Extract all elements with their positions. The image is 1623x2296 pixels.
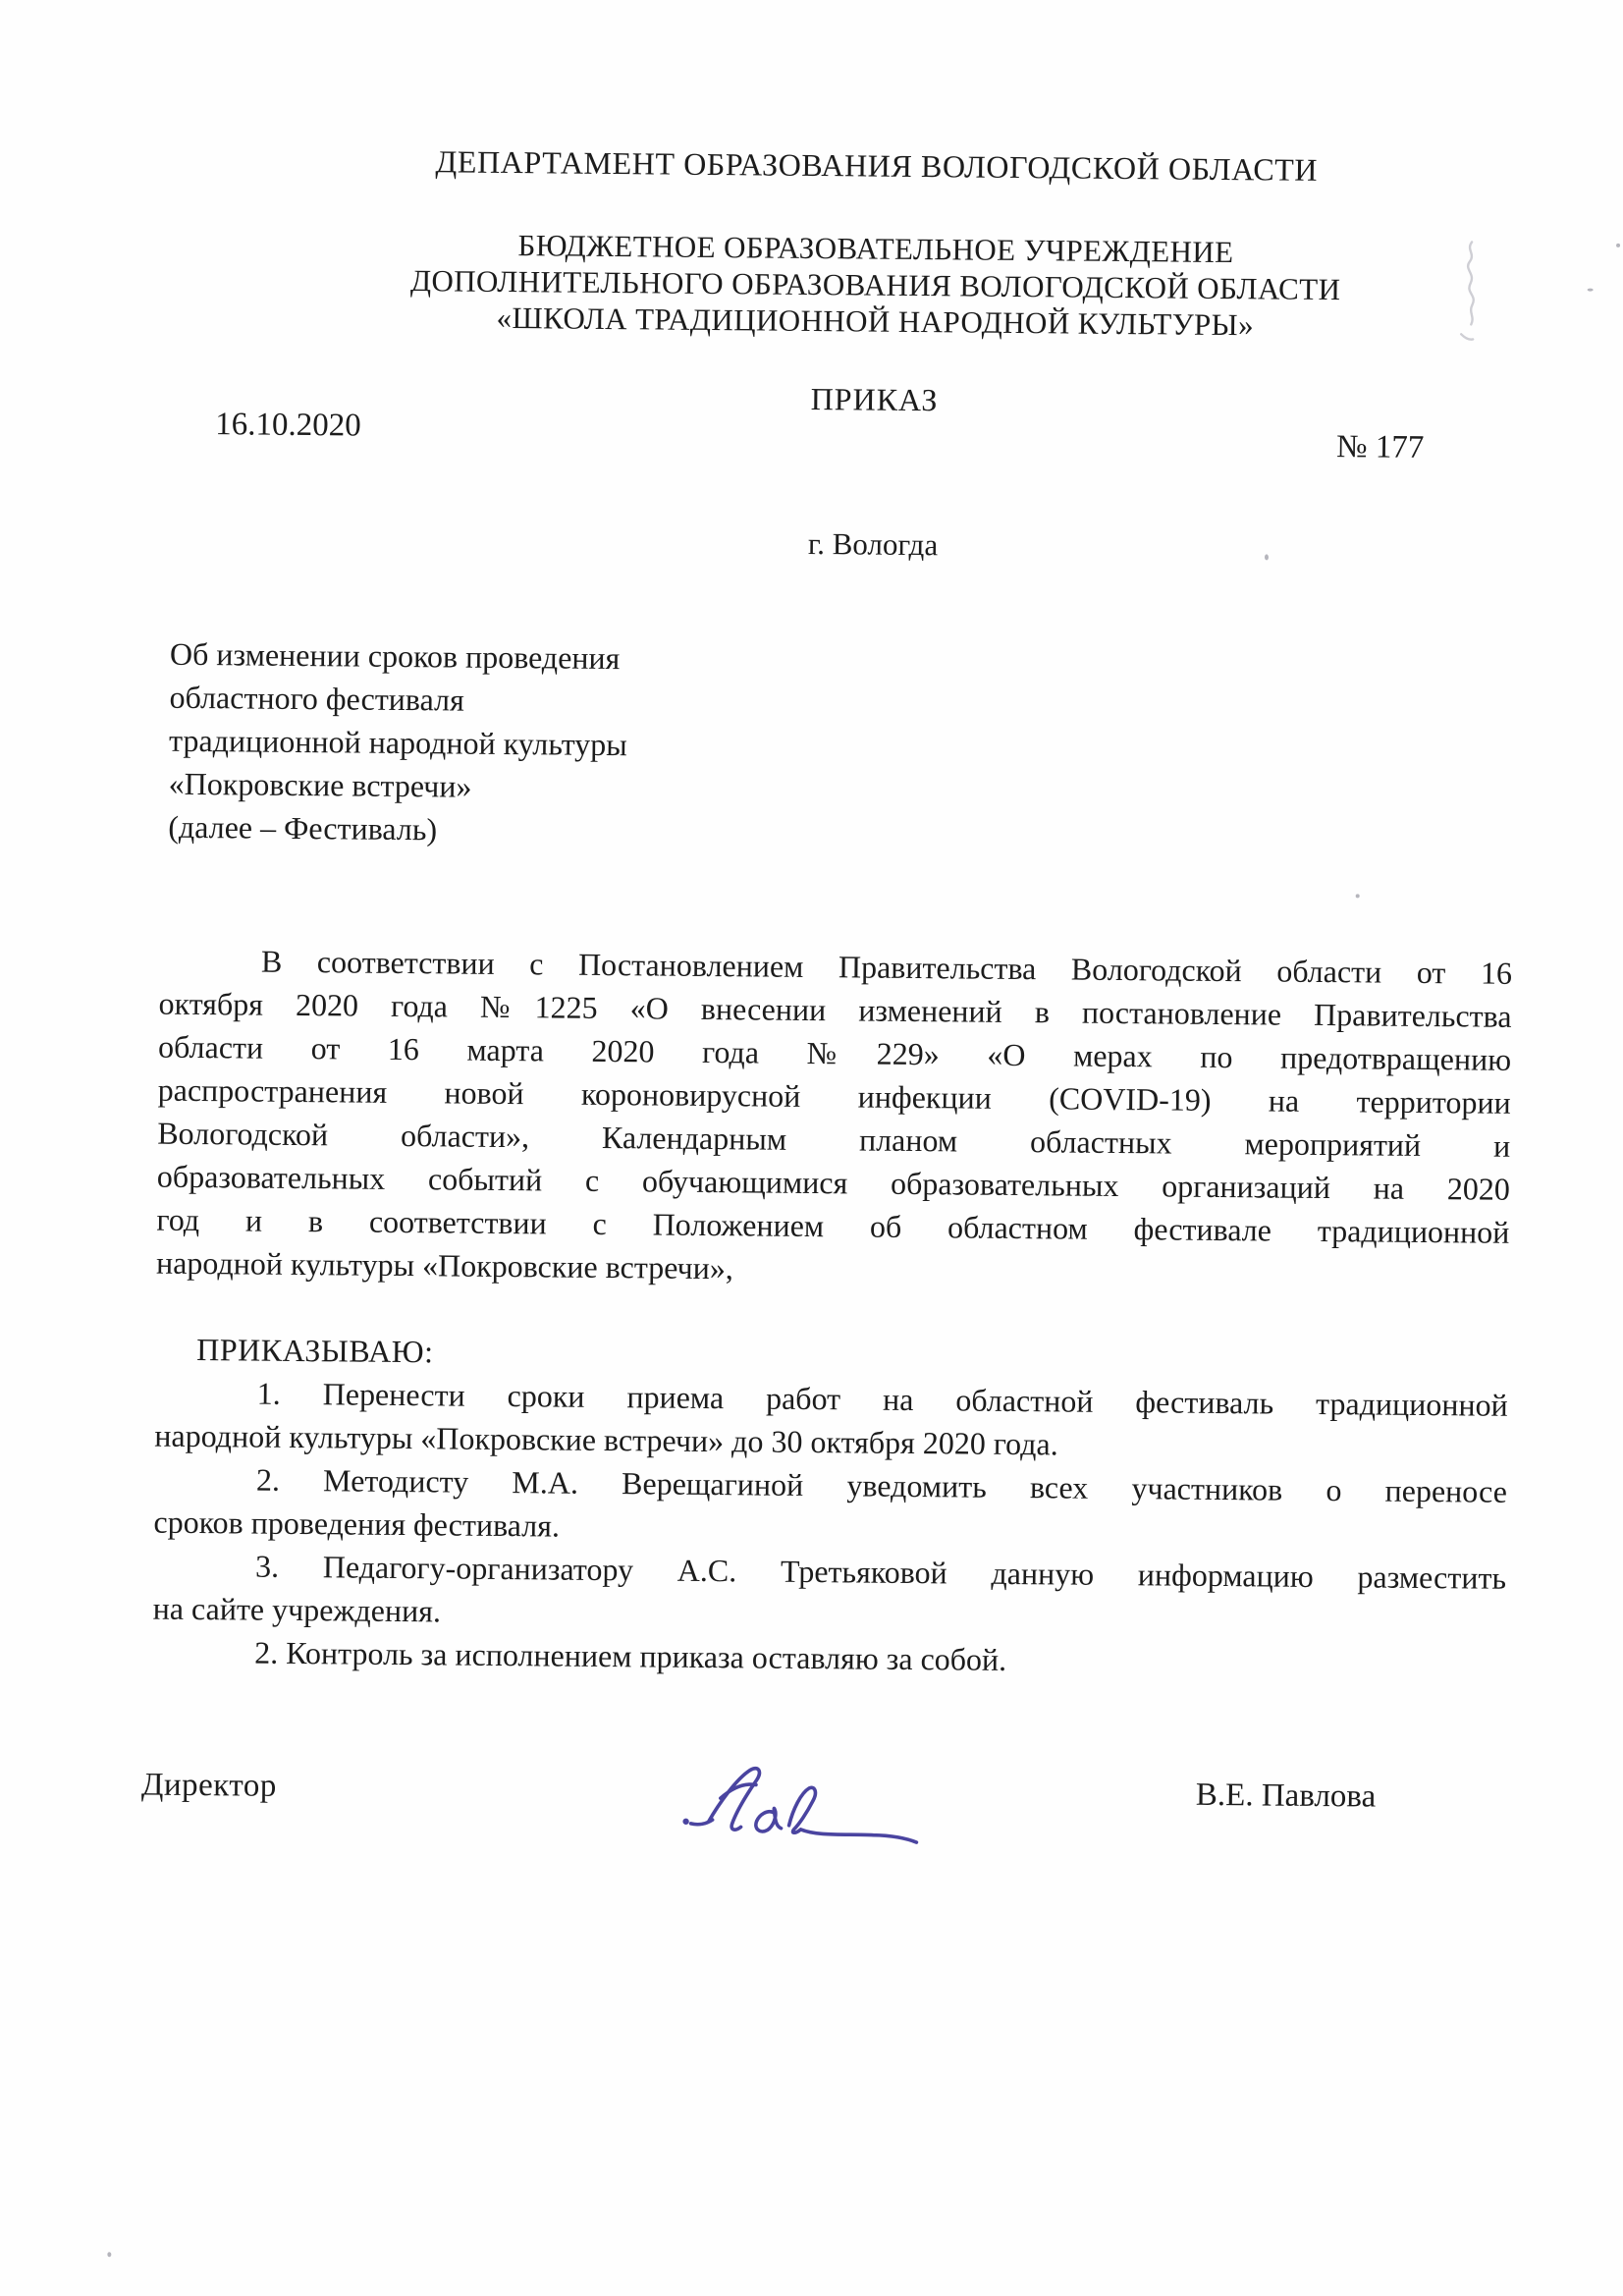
doc-place: г. Вологда: [218, 520, 1528, 569]
signature-title: Директор: [141, 1767, 277, 1804]
signature-name: В.Е. Павлова: [1196, 1777, 1377, 1816]
subject-line: (далее – Фестиваль): [168, 805, 626, 852]
subject-line: «Покровские встречи»: [169, 762, 627, 809]
header-department: ДЕПАРТАМЕНТ ОБРАЗОВАНИЯ ВОЛОГОДСКОЙ ОБЛА…: [222, 141, 1532, 191]
scan-speckle: [1356, 894, 1360, 898]
scan-speckle: [107, 2252, 111, 2257]
subject-block: Об изменении сроков проведения областног…: [168, 632, 628, 852]
scan-speckle: [1616, 244, 1620, 247]
scan-speckle: [1265, 554, 1269, 560]
scanned-content: ДЕПАРТАМЕНТ ОБРАЗОВАНИЯ ВОЛОГОДСКОЙ ОБЛА…: [0, 0, 1623, 2296]
doc-type-title: ПРИКАЗ: [219, 375, 1529, 424]
document-page: ДЕПАРТАМЕНТ ОБРАЗОВАНИЯ ВОЛОГОДСКОЙ ОБЛА…: [0, 0, 1623, 2296]
scan-smudge-stroke: [1461, 242, 1474, 339]
subject-line: традиционной народной культуры: [169, 719, 627, 766]
signature-ink-stroke: [690, 1768, 917, 1842]
subject-line: областного фестиваля: [169, 676, 627, 723]
signature-ink: [678, 1763, 925, 1853]
doc-date: 16.10.2020: [215, 407, 361, 444]
doc-number: № 177: [1336, 429, 1425, 466]
scan-smudge: [1447, 238, 1497, 346]
signature-ink-dot: [682, 1819, 688, 1825]
subject-line: Об изменении сроков проведения: [170, 632, 628, 680]
header-institution: БЮДЖЕТНОЕ ОБРАЗОВАТЕЛЬНОЕ УЧРЕЖДЕНИЕ ДОП…: [220, 224, 1531, 346]
scan-speckle: [1588, 289, 1594, 292]
order-body: В соответствии с Постановлением Правител…: [152, 939, 1512, 1686]
